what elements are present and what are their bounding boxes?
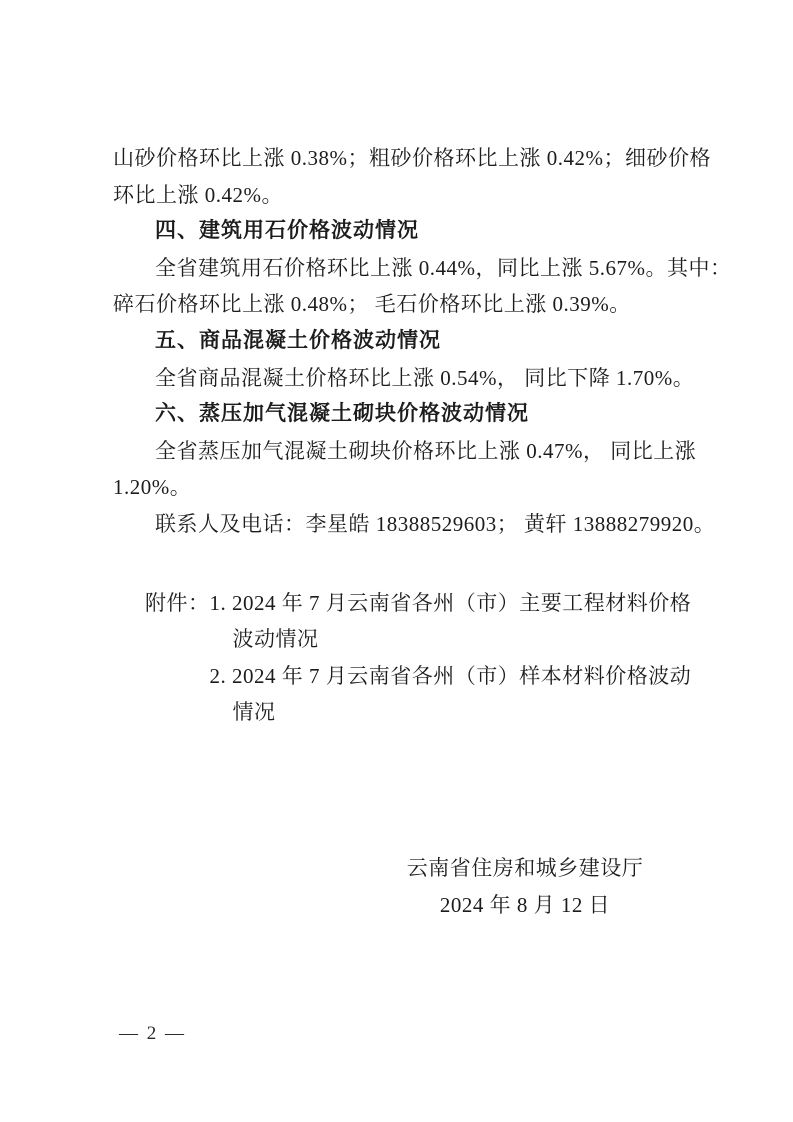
document-page: 山砂价格环比上涨 0.38%；粗砂价格环比上涨 0.42%；细砂价格 环比上涨 … xyxy=(0,0,793,1122)
section-heading-four: 四、建筑用石价格波动情况 xyxy=(113,213,685,250)
signature-block: 云南省住房和城乡建设厅 2024 年 8 月 12 日 xyxy=(405,850,645,923)
section-heading-six: 六、蒸压加气混凝土砌块价格波动情况 xyxy=(113,396,685,433)
text-line: 环比上涨 0.42%。 xyxy=(113,177,685,214)
text-line: 1.20%。 xyxy=(113,469,685,506)
attachment-item-2-continuation: 情况 xyxy=(233,694,692,731)
text-line: 全省商品混凝土价格环比上涨 0.54%， 同比下降 1.70%。 xyxy=(113,360,685,397)
attachments-list: 1. 2024 年 7 月云南省各州（市）主要工程材料价格 波动情况 2. 20… xyxy=(210,585,692,731)
contact-line: 联系人及电话：李星皓 18388529603； 黄轩 13888279920。 xyxy=(113,506,685,543)
page-number: — 2 — xyxy=(119,1022,186,1046)
text-line: 全省蒸压加气混凝土砌块价格环比上涨 0.47%， 同比上涨 xyxy=(113,433,685,470)
attachments-row: 附件： 1. 2024 年 7 月云南省各州（市）主要工程材料价格 波动情况 2… xyxy=(145,585,685,731)
document-body: 山砂价格环比上涨 0.38%；粗砂价格环比上涨 0.42%；细砂价格 环比上涨 … xyxy=(113,140,685,923)
text-line: 碎石价格环比上涨 0.48%； 毛石价格环比上涨 0.39%。 xyxy=(113,286,685,323)
attachments-block: 附件： 1. 2024 年 7 月云南省各州（市）主要工程材料价格 波动情况 2… xyxy=(145,585,685,731)
signature-organization: 云南省住房和城乡建设厅 xyxy=(405,850,645,887)
text-line: 全省建筑用石价格环比上涨 0.44%，同比上涨 5.67%。其中： xyxy=(113,250,685,287)
attachment-item-1: 1. 2024 年 7 月云南省各州（市）主要工程材料价格 xyxy=(210,585,692,622)
section-heading-five: 五、商品混凝土价格波动情况 xyxy=(113,323,685,360)
text-line: 山砂价格环比上涨 0.38%；粗砂价格环比上涨 0.42%；细砂价格 xyxy=(113,140,685,177)
attachments-label: 附件： xyxy=(145,585,210,622)
attachment-item-1-continuation: 波动情况 xyxy=(233,621,692,658)
attachment-item-2: 2. 2024 年 7 月云南省各州（市）样本材料价格波动 xyxy=(210,658,692,695)
signature-date: 2024 年 8 月 12 日 xyxy=(405,887,645,924)
